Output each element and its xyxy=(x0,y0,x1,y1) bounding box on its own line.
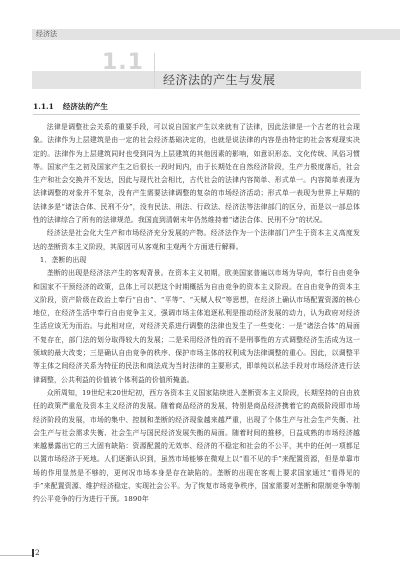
running-header: 经济法 xyxy=(32,29,400,40)
section-number: 1.1 xyxy=(102,52,144,74)
running-header-title: 经济法 xyxy=(36,29,57,40)
page-number: 2 xyxy=(35,547,40,558)
subsection-number: 1.1.1 xyxy=(33,102,54,111)
subsection-heading: 1.1.1经济法的产生 xyxy=(33,101,360,115)
paragraph: 众所周知，19世纪末20世纪初，西方各资本主义国家陆续进入垄断资本主义阶段，长期… xyxy=(33,387,360,507)
subsection-title: 经济法的产生 xyxy=(63,102,108,111)
paragraph: 法律是调整社会关系的重要手段，可以说自国家产生以来就有了法律，因此法律是一个古老… xyxy=(33,121,360,227)
section-title: 经济法的产生与发展 xyxy=(163,71,276,89)
folio-marker xyxy=(32,549,34,557)
paragraph: 经济法是社会化大生产和市场经济充分发展的产物。经济法作为一个法律部门产生于资本主… xyxy=(33,227,360,254)
body-text: 法律是调整社会关系的重要手段，可以说自国家产生以来就有了法律，因此法律是一个古老… xyxy=(33,121,360,507)
folio-rule xyxy=(0,555,32,556)
section-title-divider xyxy=(154,53,155,89)
list-heading: 1．垄断的出现 xyxy=(33,254,360,267)
paragraph: 垄断的出现是经济法产生的客观背景。在资本主义初期，欧美国家普遍以市场为导向，奉行… xyxy=(33,267,360,387)
